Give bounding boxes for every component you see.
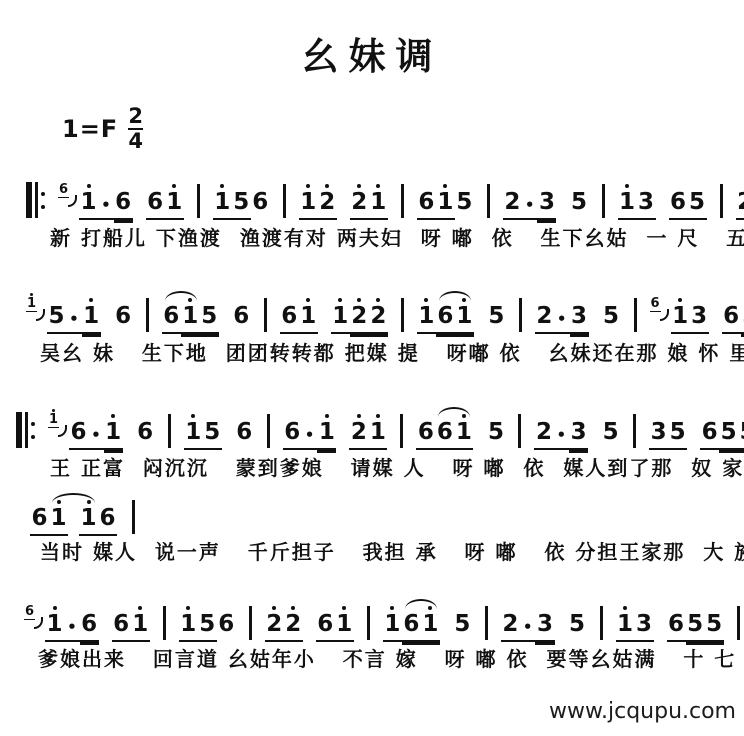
note-digit: 1 — [331, 304, 350, 334]
note-char: 6 — [316, 603, 335, 642]
octave-dot — [53, 606, 57, 610]
note-group: 615 — [417, 181, 474, 220]
note-digit: 6 — [162, 304, 181, 334]
lyrics-line-4: 当时 媒人 说一声 千斤担子 我担 承 呀 嘟 依 分担王家那 大 族人 — [40, 536, 744, 565]
note-char: 2 — [503, 181, 522, 220]
note-digit: 5 — [486, 420, 505, 450]
note-char: 6 — [283, 411, 302, 450]
note-char: 5 — [738, 411, 744, 450]
grace-slur-hook — [58, 425, 67, 437]
key-signature: 1=F 2 4 — [62, 106, 143, 152]
note-char: 1 — [213, 181, 232, 220]
octave-dot — [357, 414, 361, 418]
note-digit: 5 — [686, 612, 705, 642]
barline — [737, 606, 740, 640]
augmentation-dot: • — [98, 193, 114, 220]
note-char: 2 — [318, 181, 337, 220]
note-char: 5 — [486, 411, 505, 450]
note-char: 6 — [251, 181, 270, 220]
note-group: 5 — [602, 295, 621, 334]
note-digit: 5 — [738, 420, 744, 450]
note-digit: 6 — [667, 612, 686, 642]
slur-arc — [438, 407, 470, 419]
note-char: 1 — [417, 295, 436, 334]
note-char: 1 — [299, 295, 318, 334]
note-group: 61 — [146, 181, 184, 220]
note-digit: 5 — [232, 190, 251, 220]
note-digit: 6 — [435, 420, 454, 450]
note-char: 2 — [284, 603, 303, 642]
barline — [600, 606, 603, 640]
note-char: 5 — [200, 295, 219, 334]
note-char: 1 — [79, 181, 98, 220]
note-digit: 1 — [317, 420, 336, 450]
barline — [518, 414, 521, 448]
note-group: 655 — [722, 295, 744, 334]
note-char: 6 — [146, 181, 165, 220]
note-group: 1•6 — [79, 181, 133, 220]
note-digit: 6 — [316, 612, 335, 642]
note-char: 5 — [232, 181, 251, 220]
grace-slur-hook — [34, 617, 43, 629]
lyrics-line-5: 爹娘出来 回言道 幺姑年小 不言 嫁 呀 嘟 依 要等幺姑满 十 七 八 — [38, 643, 744, 672]
note-char: • — [554, 298, 570, 334]
note-group: 13 — [616, 603, 654, 642]
note-char: 2 — [369, 295, 388, 334]
augmentation-dot: • — [66, 307, 82, 334]
note-char: 3 — [690, 295, 709, 334]
note-group: 13 — [618, 181, 656, 220]
note-digit: 5 — [200, 304, 219, 334]
note-digit: 2 — [503, 190, 522, 220]
note-digit: 5 — [47, 304, 66, 334]
note-char: 1 — [671, 295, 690, 334]
note-group: 15 — [184, 411, 222, 450]
note-digit: 1 — [368, 420, 387, 450]
note-digit: 1 — [79, 190, 98, 220]
note-char: 1 — [179, 603, 198, 642]
barline — [267, 414, 270, 448]
octave-dot — [443, 184, 447, 188]
note-group: 2•3 — [503, 181, 557, 220]
note-char: 3 — [535, 603, 554, 642]
note-digit: 6 — [136, 420, 155, 450]
note-char: 1 — [383, 603, 402, 642]
octave-dot — [220, 184, 224, 188]
note-char: 6 — [30, 497, 49, 536]
note-digit: 6 — [722, 304, 741, 334]
note-char: 1 — [299, 181, 318, 220]
note-digit: 6 — [30, 506, 49, 536]
note-group: 655 — [667, 603, 724, 642]
note-char: 6 — [722, 295, 741, 334]
music-line-1: 61•66115612216152•3513652•32 — [26, 166, 744, 220]
note-char: 5 — [453, 603, 472, 642]
meter-denominator: 4 — [128, 131, 143, 152]
note-char: 2 — [501, 603, 520, 642]
barline — [249, 606, 252, 640]
note-char: 6 — [416, 411, 435, 450]
note-group: 12 — [299, 181, 337, 220]
note-digit: 3 — [637, 190, 656, 220]
note-char: • — [98, 184, 114, 220]
octave-dot — [338, 298, 342, 302]
octave-dot — [325, 414, 329, 418]
note-group: 122 — [331, 295, 388, 334]
note-digit: 6 — [436, 304, 455, 334]
note-char: 6 — [80, 603, 99, 642]
note-group: 6 — [232, 295, 251, 334]
octave-dot — [272, 606, 276, 610]
barline — [401, 298, 404, 332]
note-digit: 5 — [601, 420, 620, 450]
lyrics-line-1: 新 打船儿 下渔渡 渔渡有对 两夫妇 呀 嘟 依 生下幺姑 一 尺 五 — [50, 222, 744, 251]
note-char: 1 — [82, 295, 101, 334]
note-group: 5 — [486, 411, 505, 450]
key-text: 1=F — [62, 115, 118, 143]
note-char: 6 — [136, 411, 155, 450]
note-digit: 1 — [455, 304, 474, 334]
note-digit: 5 — [668, 420, 687, 450]
note-digit: 5 — [569, 190, 588, 220]
note-group: 6 — [235, 411, 254, 450]
note-digit: 2 — [350, 304, 369, 334]
note-char: 1 — [616, 603, 635, 642]
note-group: 6•1 — [283, 411, 337, 450]
note-char: 5 — [686, 603, 705, 642]
note-char: 6 — [232, 295, 251, 334]
augmentation-dot: • — [520, 615, 536, 642]
barline — [519, 298, 522, 332]
octave-dot — [186, 606, 190, 610]
note-group: 22 — [265, 603, 303, 642]
note-digit: 3 — [690, 304, 709, 334]
note-digit: 1 — [165, 190, 184, 220]
note-digit: 1 — [335, 612, 354, 642]
note-char: • — [66, 298, 82, 334]
note-group: 61 — [280, 295, 318, 334]
augmentation-dot: • — [302, 423, 318, 450]
note-char: 1 — [436, 181, 455, 220]
note-digit: 1 — [213, 190, 232, 220]
note-char: 2 — [349, 411, 368, 450]
barline — [264, 298, 267, 332]
note-digit: 6 — [700, 420, 719, 450]
barline — [633, 414, 636, 448]
note-digit: 1 — [181, 304, 200, 334]
note-char: 6 — [417, 181, 436, 220]
note-digit: 2 — [369, 304, 388, 334]
note-digit: 6 — [80, 612, 99, 642]
note-char: 6 — [700, 411, 719, 450]
note-char: 5 — [455, 181, 474, 220]
note-char: 1 — [331, 295, 350, 334]
note-char: 5 — [668, 411, 687, 450]
octave-dot — [357, 184, 361, 188]
note-digit: 1 — [421, 612, 440, 642]
note-char: • — [520, 606, 536, 642]
note-char: 3 — [537, 181, 556, 220]
music-line-3: 16•161566•12166152•35356552•32 — [16, 396, 744, 450]
note-digit: 6 — [217, 612, 236, 642]
note-char: 6 — [114, 181, 133, 220]
note-digit: 2 — [284, 612, 303, 642]
note-group: 156 — [213, 181, 270, 220]
octave-dot — [342, 606, 346, 610]
note-group: 61 16 — [30, 497, 117, 536]
note-char: 6 — [114, 295, 133, 334]
note-group: 5 — [569, 181, 588, 220]
note-char: 2 — [534, 411, 553, 450]
note-char: 1 — [104, 411, 123, 450]
note-digit: 5 — [487, 304, 506, 334]
note-digit: 1 — [79, 506, 98, 536]
note-digit: 2 — [535, 304, 554, 334]
note-group: 2•3 — [535, 295, 589, 334]
grace-slur-hook — [36, 309, 45, 321]
note-digit: 6 — [235, 420, 254, 450]
augmentation-dot: • — [554, 307, 570, 334]
note-char: 2 — [350, 295, 369, 334]
octave-dot — [306, 184, 310, 188]
note-char: 5 — [601, 411, 620, 450]
note-group: 5 — [601, 411, 620, 450]
note-digit: 2 — [318, 190, 337, 220]
note-char: 5 — [568, 603, 587, 642]
note-digit: 6 — [280, 304, 299, 334]
slur-arc — [52, 493, 95, 505]
note-char: 5 — [198, 603, 217, 642]
repeat-start-barline — [16, 412, 35, 448]
note-char: 2 — [265, 603, 284, 642]
note-digit: 3 — [535, 612, 554, 642]
note-digit: 1 — [179, 612, 198, 642]
watermark-url: www.jcqupu.com — [549, 699, 736, 724]
note-digit: 5 — [203, 420, 222, 450]
note-char: 2 — [736, 181, 744, 220]
note-digit: 1 — [184, 420, 203, 450]
note-char: 3 — [637, 181, 656, 220]
music-line-5: 61•661156226116152•35136552•32 — [24, 588, 744, 642]
grace-slur-hook — [660, 309, 669, 321]
slur-arc — [165, 291, 197, 303]
barline — [283, 184, 286, 218]
slur-arc — [405, 599, 437, 611]
note-digit: 6 — [146, 190, 165, 220]
note-digit: 6 — [251, 190, 270, 220]
note-digit: 1 — [618, 190, 637, 220]
octave-dot — [623, 606, 627, 610]
note-group: 161 — [383, 603, 440, 642]
note-group: 161 — [417, 295, 474, 334]
note-digit: 1 — [104, 420, 123, 450]
note-group: 655 — [700, 411, 744, 450]
lyrics-line-3: 王 正富 闷沉沉 蒙到爹娘 请媒 人 呀 嘟 依 媒人到了那 奴 家门 — [50, 452, 744, 481]
note-char: 5 — [688, 181, 707, 220]
note-digit: 3 — [635, 612, 654, 642]
octave-dot — [89, 298, 93, 302]
spacer — [68, 506, 79, 536]
note-group: 615 — [162, 295, 219, 334]
note-group: 1•6 — [45, 603, 99, 642]
note-group: 2•3 — [736, 181, 744, 220]
note-group: 61 — [112, 603, 150, 642]
augmentation-dot: • — [88, 423, 104, 450]
song-title: 幺妹调 — [0, 26, 744, 80]
note-group: 61 — [316, 603, 354, 642]
octave-dot — [357, 298, 361, 302]
barline — [720, 184, 723, 218]
note-char: 2 — [350, 181, 369, 220]
note-group: 65 — [669, 181, 707, 220]
note-group: 5 — [453, 603, 472, 642]
note-digit: 6 — [114, 190, 133, 220]
note-digit: 3 — [537, 190, 556, 220]
grace-note: 6 — [24, 599, 35, 620]
music-line-2: 15•1661566112216152•356136552•32• — [26, 280, 744, 334]
note-group: 2•3 — [501, 603, 555, 642]
note-digit: 1 — [671, 304, 690, 334]
note-char: • — [553, 414, 569, 450]
sheet-music-page: 幺妹调 1=F 2 4 61•66115612216152•3513652•32… — [0, 0, 744, 736]
note-digit: 1 — [383, 612, 402, 642]
grace-note: 6 — [58, 177, 69, 198]
note-char: 1 — [165, 181, 184, 220]
note-digit: 6 — [416, 420, 435, 450]
barline — [168, 414, 171, 448]
note-char: • — [522, 184, 538, 220]
note-group: 21 — [350, 181, 388, 220]
octave-dot — [678, 298, 682, 302]
note-char: 6 — [69, 411, 88, 450]
note-group: 5 — [487, 295, 506, 334]
note-char: 3 — [635, 603, 654, 642]
note-char: 5 — [47, 295, 66, 334]
time-signature: 2 4 — [128, 106, 143, 152]
octave-dot — [390, 606, 394, 610]
octave-dot — [325, 184, 329, 188]
note-char: 5 — [203, 411, 222, 450]
octave-dot — [625, 184, 629, 188]
note-char: 5 — [705, 603, 724, 642]
note-digit: 6 — [114, 304, 133, 334]
barline — [146, 298, 149, 332]
barline — [485, 606, 488, 640]
note-digit: 5 — [602, 304, 621, 334]
note-digit: 1 — [369, 190, 388, 220]
octave-dot — [111, 414, 115, 418]
note-digit: 6 — [283, 420, 302, 450]
note-char: 5 — [602, 295, 621, 334]
barline — [197, 184, 200, 218]
octave-dot — [424, 298, 428, 302]
octave-dot — [172, 184, 176, 188]
note-digit: 5 — [198, 612, 217, 642]
note-char: • — [302, 414, 318, 450]
note-group: 6 — [114, 295, 133, 334]
note-digit: 2 — [350, 190, 369, 220]
note-char: 5 — [487, 295, 506, 334]
note-digit: 5 — [741, 304, 744, 334]
note-group: 6 — [136, 411, 155, 450]
slur-arc — [439, 291, 471, 303]
octave-dot — [138, 606, 142, 610]
barline — [367, 606, 370, 640]
grace-note: 1 — [48, 407, 59, 428]
barline — [634, 298, 637, 332]
note-digit: 6 — [69, 420, 88, 450]
barline — [401, 184, 404, 218]
note-char: 6 — [669, 181, 688, 220]
note-digit: 6 — [232, 304, 251, 334]
note-group: 2•3 — [534, 411, 588, 450]
note-char: • — [64, 606, 80, 642]
note-digit: 3 — [570, 304, 589, 334]
note-char: 6 — [112, 603, 131, 642]
note-digit: 1 — [299, 304, 318, 334]
note-char: 6 — [98, 497, 117, 536]
note-char: 1 — [369, 181, 388, 220]
repeat-start-barline — [26, 182, 45, 218]
barline — [602, 184, 605, 218]
note-digit: 1 — [45, 612, 64, 642]
grace-slur-hook — [68, 195, 77, 207]
note-digit: 6 — [402, 612, 421, 642]
note-char: 1 — [335, 603, 354, 642]
octave-dot — [376, 414, 380, 418]
octave-dot — [191, 414, 195, 418]
octave-dot — [306, 298, 310, 302]
meter-numerator: 2 — [128, 106, 143, 127]
grace-note: 1 — [26, 291, 37, 312]
note-char: 5 — [569, 181, 588, 220]
note-char: 6 — [235, 411, 254, 450]
note-digit: 5 — [719, 420, 738, 450]
note-group: 21 — [349, 411, 387, 450]
note-digit: 3 — [569, 420, 588, 450]
note-char: 1 — [618, 181, 637, 220]
note-digit: 5 — [688, 190, 707, 220]
note-digit: 1 — [417, 304, 436, 334]
note-digit: 2 — [265, 612, 284, 642]
note-group: 13 — [671, 295, 709, 334]
note-digit: 1 — [454, 420, 473, 450]
note-digit: 1 — [616, 612, 635, 642]
augmentation-dot: • — [64, 615, 80, 642]
note-char: 6 — [280, 295, 299, 334]
augmentation-dot: • — [553, 423, 569, 450]
note-digit: 5 — [453, 612, 472, 642]
note-char: 1 — [184, 411, 203, 450]
octave-dot — [376, 298, 380, 302]
note-char: 1 — [45, 603, 64, 642]
note-digit: 6 — [669, 190, 688, 220]
note-group: 661 — [416, 411, 473, 450]
note-char: • — [88, 414, 104, 450]
note-group: 35 — [649, 411, 687, 450]
note-char: 3 — [570, 295, 589, 334]
augmentation-dot: • — [522, 193, 538, 220]
note-digit: 6 — [98, 506, 117, 536]
barline — [487, 184, 490, 218]
note-char: 6 — [217, 603, 236, 642]
note-digit: 2 — [501, 612, 520, 642]
note-digit: 2 — [534, 420, 553, 450]
note-digit: 5 — [705, 612, 724, 642]
grace-digit: 6 — [650, 297, 661, 312]
note-group: 156 — [179, 603, 236, 642]
note-char: 3 — [649, 411, 668, 450]
